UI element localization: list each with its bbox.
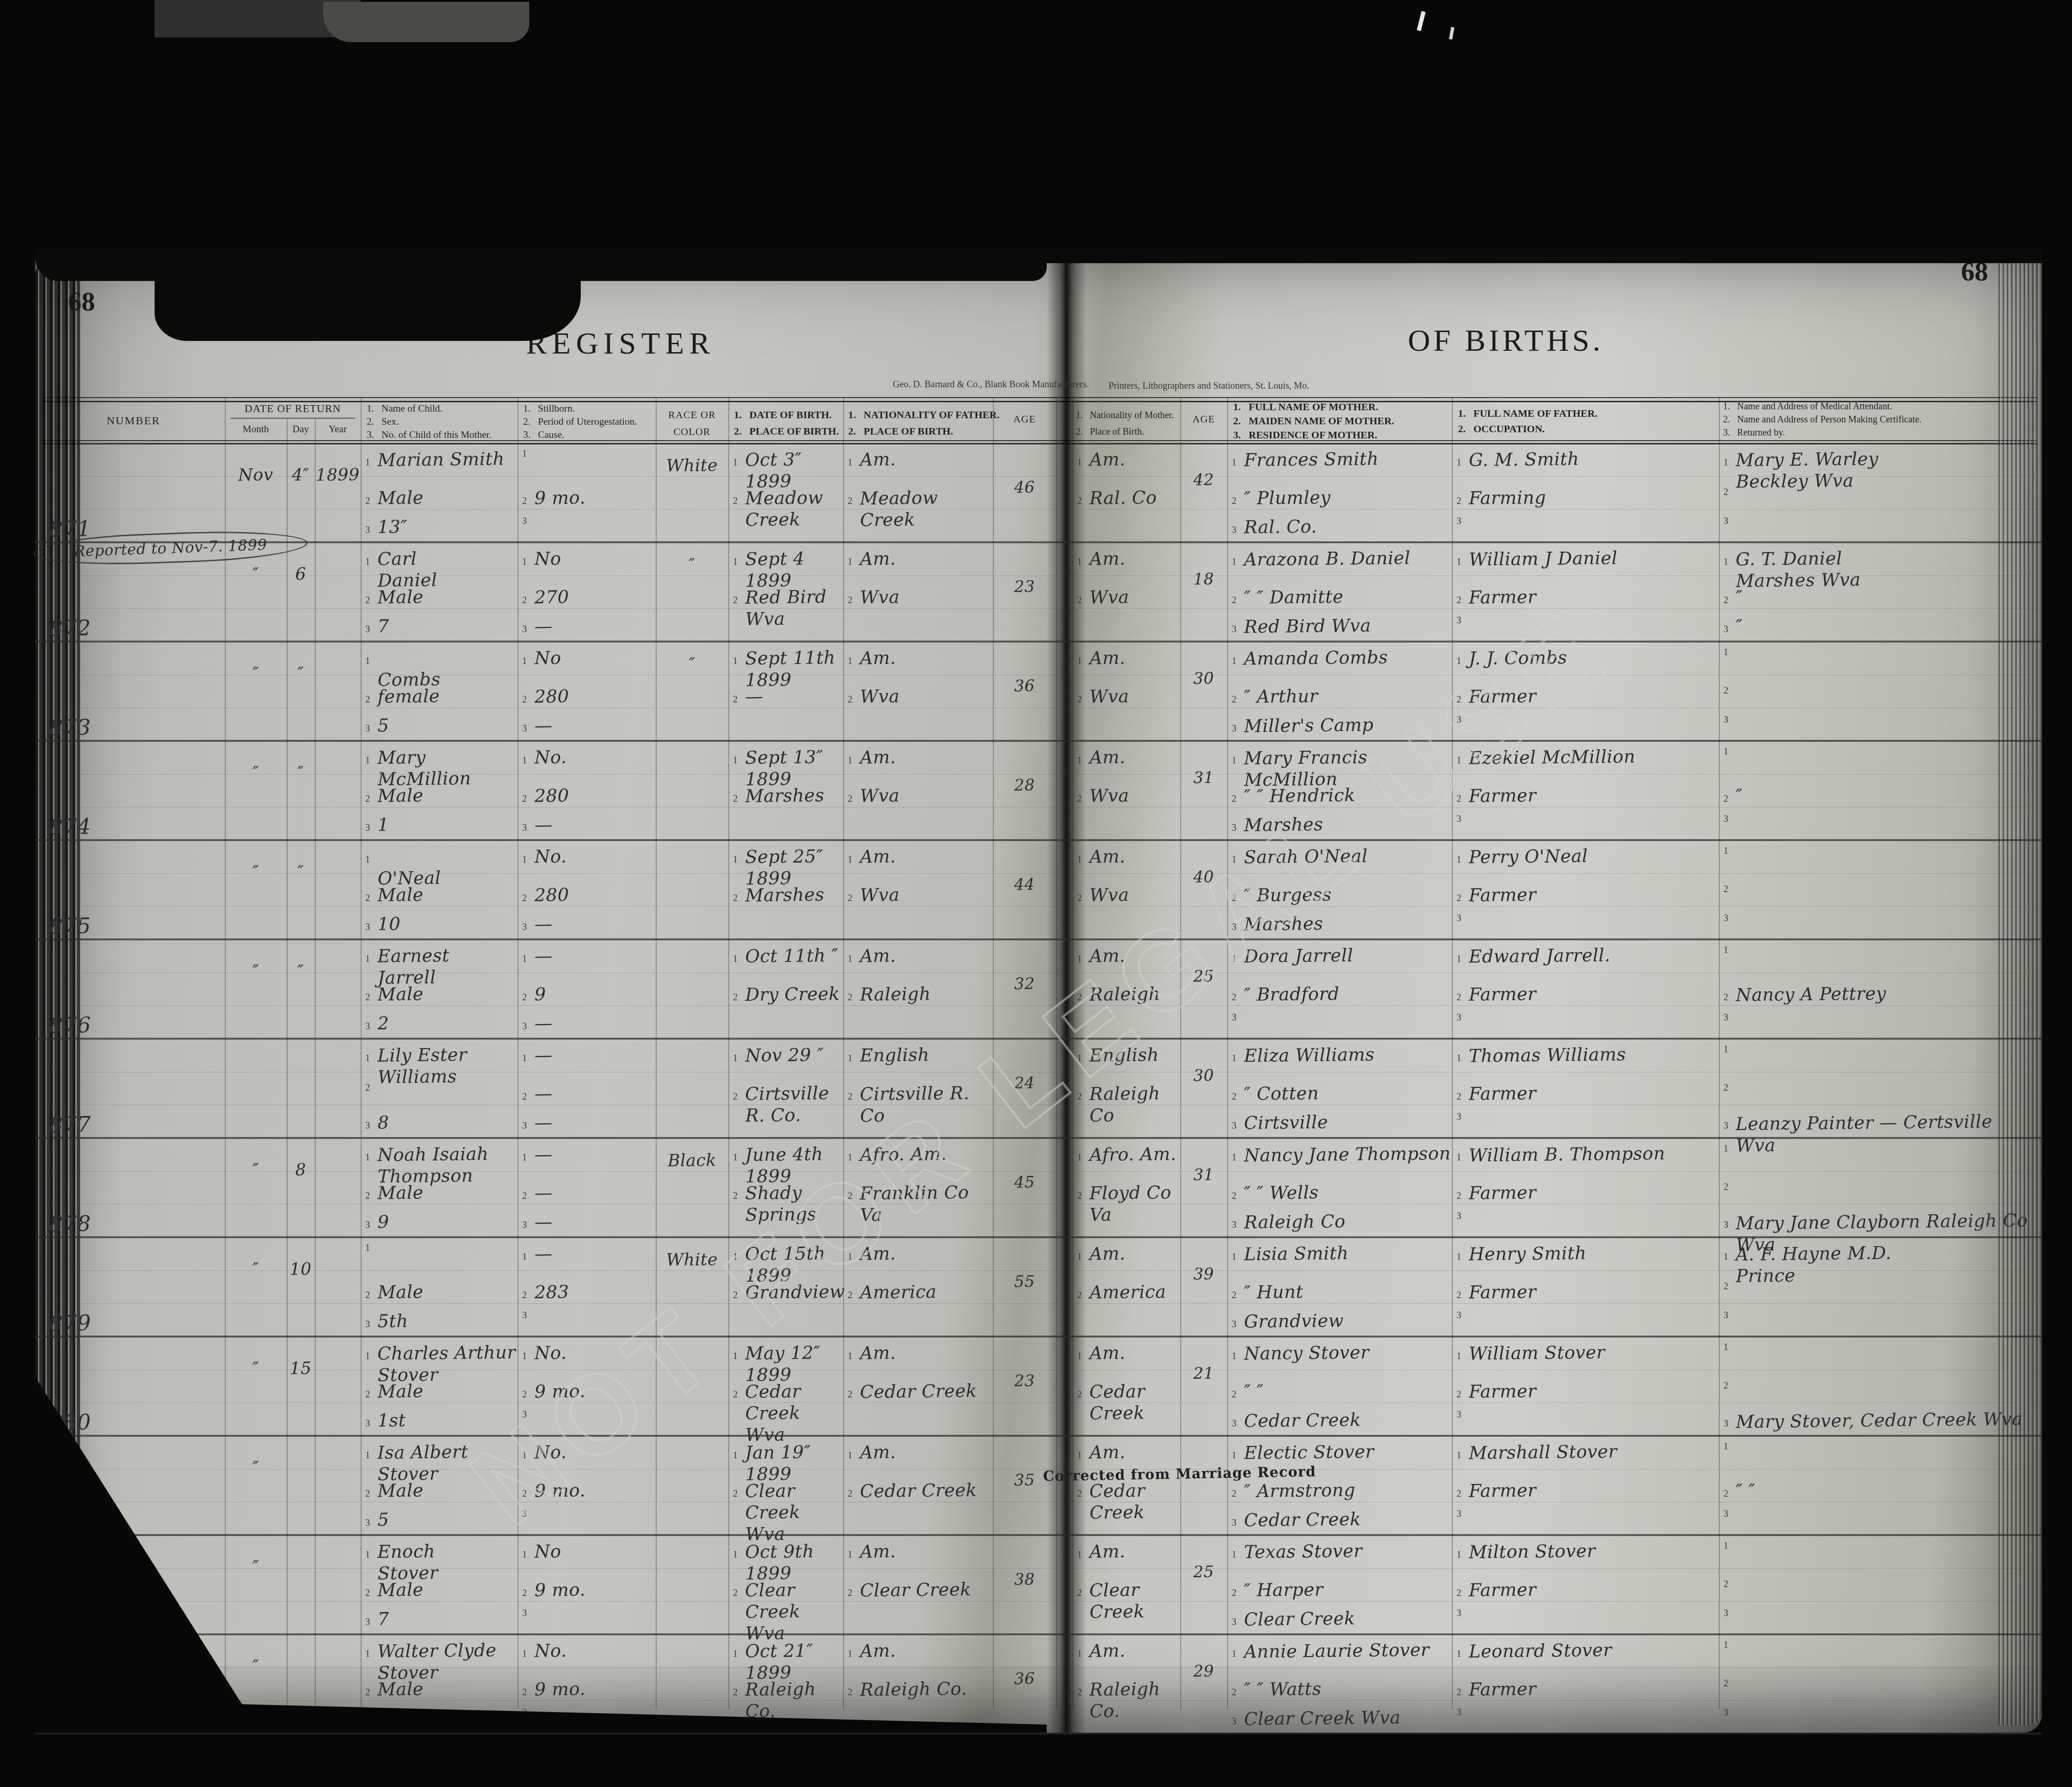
mother-age: 42 (1180, 469, 1227, 491)
father-nationality-line: 1Am. (848, 548, 992, 569)
mother-name-line: 1Texas Stover (1232, 1541, 1451, 1562)
printed-numeral: 2 (365, 1191, 370, 1202)
printed-numeral: 1 (522, 557, 527, 568)
printed-numeral: 2 (1724, 794, 1728, 805)
race-or-color (656, 1050, 728, 1051)
father-occupation-line: 2Farmer (1457, 586, 1718, 608)
father-birthplace: Wva (860, 586, 900, 608)
cell-father-nationality: 1Am. 2Clear Creek (843, 1536, 993, 1633)
stillborn-value: — (534, 1044, 553, 1066)
return-month: ″ (225, 762, 287, 784)
father-birthplace-line: 2Wva (848, 586, 992, 608)
header-line: 2. MAIDEN NAME OF MOTHER. (1233, 414, 1394, 428)
header-line: 1. Name of Child. (367, 402, 492, 415)
header-line: 1. FULL NAME OF FATHER. (1458, 406, 1598, 421)
cell-father-nationality: 1English 2Cirtsville R. Co (843, 1040, 993, 1137)
father-name: Ezekiel McMillion (1469, 746, 1635, 769)
return-month: ″ (225, 960, 287, 982)
printed-numeral: 2 (1724, 1579, 1728, 1590)
return-month: ″ (225, 1159, 287, 1181)
father-name: Thomas Williams (1469, 1043, 1626, 1067)
printed-numeral: 2 (1457, 1092, 1461, 1102)
child-order-line: 31st (365, 1410, 517, 1431)
header-line: 1. Stillborn. (523, 402, 637, 415)
cause-value: — (534, 1112, 553, 1133)
printed-numeral: 1 (1232, 656, 1236, 667)
mother-age: 39 (1180, 1263, 1227, 1285)
mother-birthplace-line: 2Raleigh Co (1077, 1083, 1179, 1126)
cell-father: 1Leonard Stover 2Farmer 3 (1452, 1635, 1719, 1733)
printed-numeral: 2 (1077, 992, 1082, 1003)
attendant-line: 1 (1724, 1144, 2028, 1154)
record-number: 871 (49, 518, 91, 540)
mother-birthplace: Floyd Co Va (1089, 1181, 1180, 1226)
printed-numeral: 2 (1077, 595, 1082, 606)
race-or-color: White (656, 1249, 728, 1271)
certificate-maker: Nancy A Pettrey (1736, 982, 1887, 1005)
printed-numeral: 2 (1077, 1687, 1082, 1698)
return-day: 4″ (287, 465, 315, 487)
printed-numeral: 2 (848, 1389, 852, 1400)
child-sex-line: 2Male (365, 1678, 517, 1700)
printed-numeral: 2 (365, 595, 370, 606)
column-header-day: Day (287, 423, 315, 435)
printed-numeral: 2 (365, 893, 370, 904)
printed-numeral: 3 (365, 1518, 370, 1529)
father-name-line: 1Leonard Stover (1457, 1640, 1718, 1661)
mother-maiden-line: 2″ ″ Damitte (1232, 586, 1451, 608)
uterogestation-value: 9 mo. (534, 487, 586, 509)
printed-numeral: 3 (1232, 1319, 1236, 1330)
child-name: Combs (377, 647, 441, 690)
ledger-spread: 68 68 REGISTER OF BIRTHS. Geo. D. Barnar… (35, 248, 2042, 1733)
mother-birthplace-line: 2Wva (1077, 884, 1179, 906)
register-row: 875 ″ ″ 44 40 1 O'Neal 2Male 310 1No. 22… (35, 841, 2042, 940)
cause-value: — (534, 1012, 553, 1034)
mother-age: 25 (1180, 1561, 1227, 1583)
cell-mother-nationality: 1Afro. Am. 2Floyd Co Va (1073, 1139, 1180, 1236)
father-nationality: Am. (860, 1342, 896, 1364)
father-blank-line: 3 (1457, 1310, 1718, 1321)
return-year: 1899 (315, 464, 361, 486)
cell-stillborn: 1 29 mo. 3 (518, 444, 656, 541)
certifier-line: 2″ ″ (1724, 1480, 2028, 1501)
printed-numeral: 2 (1457, 1290, 1461, 1301)
cell-stillborn: 1No. 2280 3— (518, 742, 656, 839)
father-blank-line: 3 (1457, 1509, 1718, 1520)
father-nationality: English (860, 1044, 930, 1066)
father-birthplace: Cedar Creek (860, 1380, 977, 1403)
stillborn-value: No. (534, 846, 567, 868)
printed-numeral: 2 (1724, 1381, 1728, 1391)
cause-line: 3— (522, 913, 655, 935)
printed-numeral: 1 (1457, 656, 1461, 667)
printed-numeral: 1 (1724, 1541, 1728, 1551)
race-or-color (656, 753, 728, 753)
printed-numeral: 2 (733, 694, 738, 705)
father-occupation: Farmer (1469, 784, 1537, 807)
printed-numeral: 2 (522, 893, 527, 904)
printed-numeral: 2 (365, 1687, 370, 1698)
father-name: Leonard Stover (1469, 1639, 1612, 1662)
mother-name-line: 1Eliza Williams (1232, 1044, 1451, 1066)
mother-residence: Marshes (1244, 913, 1324, 935)
printed-numeral: 2 (1077, 694, 1082, 705)
child-name-line: 1Carl Daniel (365, 548, 517, 591)
printed-numeral: 2 (1077, 893, 1082, 904)
child-sex-line: 2Male (365, 1579, 517, 1601)
printed-numeral: 3 (365, 1220, 370, 1231)
printed-numeral: 2 (1232, 1191, 1236, 1202)
printed-numeral: 2 (1724, 992, 1728, 1003)
stillborn-line: 1— (522, 1144, 655, 1165)
header-line: 1. Name and Address of Medical Attendant… (1723, 400, 1922, 413)
father-blank-line: 3 (1457, 913, 1718, 924)
printed-numeral: 3 (1232, 1716, 1236, 1727)
father-birthplace: Clear Creek (860, 1579, 971, 1601)
stillborn-value: No (534, 647, 562, 669)
uterogestation-line: 2283 (522, 1281, 655, 1303)
cell-birth: 1Nov 29 ″ 2Cirtsville R. Co. (728, 1040, 843, 1137)
returned-by-line: 3 (1724, 715, 2028, 725)
printed-numeral: 2 (1232, 1588, 1236, 1599)
mother-birthplace: Wva (1089, 686, 1129, 708)
printed-numeral: 2 (1232, 496, 1236, 507)
father-birthplace: Franklin Co Va (860, 1181, 992, 1226)
father-occupation-line: 2Farmer (1457, 1579, 1718, 1601)
printed-numeral: 1 (1077, 1252, 1082, 1263)
record-number: 872 (49, 617, 91, 639)
mother-birthplace: Wva (1089, 884, 1129, 906)
mother-maiden-name: ″ Bradford (1244, 983, 1339, 1005)
printed-numeral: 3 (1232, 724, 1236, 734)
printed-numeral: 1 (1724, 746, 1728, 757)
printed-numeral: 3 (1457, 615, 1461, 626)
stillborn-line: 1No. (522, 846, 655, 867)
father-birthplace: Meadow Creek (860, 487, 992, 531)
printed-numeral: 3 (522, 1220, 527, 1231)
mother-maiden-line: 2″ ″ Watts (1232, 1678, 1451, 1700)
father-name-line: 1William Stover (1457, 1342, 1718, 1364)
printed-numeral: 3 (365, 1418, 370, 1429)
printed-numeral: 3 (522, 1410, 527, 1420)
printed-numeral: 2 (733, 1588, 738, 1599)
cell-mother-nationality: 1Am. 2Clear Creek (1073, 1536, 1180, 1633)
cell-father-nationality: 1Am. 2Raleigh Co. (843, 1635, 993, 1733)
cell-child: 1Lily Ester Williams 2 38 (361, 1040, 518, 1137)
certifier-line: 2 (1724, 1281, 2028, 1292)
printed-numeral: 1 (522, 1053, 527, 1064)
birth-date: Oct 11th ″ (745, 945, 839, 967)
stillborn-line: 1— (522, 1243, 655, 1264)
birth-place: Marshes (745, 784, 825, 807)
mother-maiden-name: ″ ″ (1244, 1381, 1264, 1402)
cell-father: 1Edward Jarrell. 2Farmer 3 (1452, 940, 1719, 1038)
attendant-line: 1 (1724, 1044, 2028, 1055)
father-name: William Stover (1469, 1341, 1606, 1364)
printed-numeral: 1 (1724, 458, 1728, 468)
printed-numeral: 2 (1457, 694, 1461, 705)
printed-numeral: 1 (733, 855, 738, 865)
child-name: Marian Smith (377, 448, 505, 471)
printed-numeral: 1 (1232, 1053, 1236, 1064)
child-order: 13″ (377, 516, 408, 538)
record-number: 876 (49, 1014, 91, 1036)
return-month: Nov (225, 464, 287, 486)
mother-name: Amanda Combs (1244, 646, 1388, 669)
mother-nationality: Am. (1089, 945, 1126, 967)
printed-numeral: 1 (1077, 1152, 1082, 1163)
printer-imprint-right: Printers, Lithographers and Stationers, … (1109, 381, 1554, 391)
cause-line: 3— (522, 1211, 655, 1233)
printed-numeral: 1 (522, 1649, 527, 1660)
mother-maiden-name: ″ ″ Watts (1244, 1678, 1322, 1700)
father-name-line: 1G. M. Smith (1457, 449, 1718, 470)
printed-numeral: 2 (848, 992, 852, 1003)
father-birthplace-line: 2Meadow Creek (848, 487, 992, 530)
printed-numeral: 3 (365, 1617, 370, 1628)
child-sex: Male (377, 1678, 424, 1700)
returned-by-line: 3 (1724, 1310, 2028, 1321)
printed-numeral: 1 (522, 954, 527, 965)
father-birthplace-line: 2America (848, 1281, 992, 1303)
printed-numeral: 2 (522, 992, 527, 1003)
father-occupation-line: 2Farming (1457, 487, 1718, 509)
child-sex-line: 2Male (365, 586, 517, 608)
birth-place: Clear Creek Wva (745, 1579, 842, 1644)
stillborn-value: No (534, 1541, 562, 1563)
mother-residence: Grandview (1244, 1310, 1344, 1332)
printed-numeral: 1 (1232, 557, 1236, 568)
father-birthplace-line: 2Wva (848, 686, 992, 707)
father-occupation-line: 2Farmer (1457, 1182, 1718, 1204)
birth-place: Marshes (745, 884, 825, 906)
printed-numeral: 2 (522, 694, 527, 705)
father-occupation: Farmer (1469, 1579, 1537, 1601)
birth-date-line: 1Nov 29 ″ (733, 1044, 842, 1066)
cell-mother: 1Dora Jarrell 2″ Bradford 3 (1227, 940, 1452, 1038)
birth-place-line: 2Red Bird Wva (733, 586, 842, 629)
printed-numeral: 1 (1457, 855, 1461, 865)
printed-numeral: 1 (1457, 1152, 1461, 1163)
uterogestation-line: 29 mo. (522, 1678, 655, 1700)
child-order: 5 (377, 1509, 389, 1530)
printed-numeral: 1 (522, 855, 527, 865)
child-name-line: 1Marian Smith (365, 449, 517, 470)
mother-birthplace-line: 2Wva (1077, 785, 1179, 806)
printed-numeral: 1 (1232, 1152, 1236, 1163)
mother-birthplace-line: 2Cedar Creek (1077, 1381, 1179, 1424)
cell-father: 1Perry O'Neal 2Farmer 3 (1452, 841, 1719, 938)
printed-numeral: 1 (1724, 945, 1728, 956)
printed-numeral: 3 (1724, 1418, 1728, 1429)
child-order: 1 (377, 814, 389, 835)
father-nationality: Afro. Am. (860, 1143, 947, 1166)
return-day: 6 (287, 564, 315, 586)
return-day: ″ (287, 862, 315, 884)
birth-place-line: 2Clear Creek Wva (733, 1579, 842, 1644)
uterogestation-line: 29 mo. (522, 487, 655, 509)
printed-numeral: 3 (1232, 922, 1236, 933)
cell-stillborn: 1— 2283 3 (518, 1238, 656, 1336)
birth-place-line: 2Grandview (733, 1281, 842, 1303)
printed-numeral: 3 (522, 516, 527, 527)
printed-numeral: 2 (1724, 595, 1728, 606)
cell-stillborn: 1No. 29 mo. 3 (518, 1337, 656, 1435)
child-sex: Male (377, 784, 424, 806)
printed-numeral: 3 (365, 922, 370, 933)
child-sex: Male (377, 1479, 424, 1501)
father-occupation-line: 2Farmer (1457, 1480, 1718, 1501)
printed-numeral: 1 (1077, 1351, 1082, 1362)
stillborn-line: 1— (522, 1044, 655, 1066)
printed-numeral: 1 (365, 855, 370, 865)
printed-numeral: 1 (848, 1649, 852, 1660)
mother-name-line: 1Sarah O'Neal (1232, 846, 1451, 867)
attendant-line: 1 (1724, 1342, 2028, 1353)
birth-date: May 12″ 1899 (745, 1342, 843, 1386)
printed-numeral: 1 (733, 458, 738, 468)
mother-age: 18 (1180, 568, 1227, 590)
father-name-line: 1Edward Jarrell. (1457, 945, 1718, 967)
father-name-line: 1Ezekiel McMillion (1457, 746, 1718, 768)
stillborn-line: 1No (522, 647, 655, 669)
printed-numeral: 1 (1232, 1450, 1236, 1461)
mother-name: Nancy Jane Thompson (1244, 1143, 1451, 1167)
printed-numeral: 3 (1232, 823, 1236, 834)
printed-numeral: 2 (1232, 1389, 1236, 1400)
mother-birthplace: Cedar Creek (1089, 1479, 1180, 1523)
printed-numeral: 3 (1457, 1509, 1461, 1520)
father-blank-line: 3 (1457, 715, 1718, 725)
birth-place: Clear Creek Wva (745, 1479, 842, 1545)
printed-numeral: 3 (522, 1121, 527, 1131)
mother-residence: Cedar Creek (1244, 1409, 1361, 1432)
stillborn-value: No (534, 548, 562, 570)
printed-numeral: 2 (848, 1191, 852, 1202)
header-line: 2. Sex. (367, 415, 492, 428)
printed-numeral: 3 (1457, 1211, 1461, 1222)
father-birthplace-line: 2Cirtsville R. Co (848, 1083, 992, 1126)
scan-speck (1449, 27, 1454, 40)
column-header-mother-nationality: 1. Nationality of Mother. 2. Place of Bi… (1076, 407, 1174, 440)
child-order: 7 (377, 615, 389, 637)
mother-residence: Clear Creek Wva (1244, 1706, 1401, 1730)
cell-birth: 1May 12″ 1899 2Cedar Creek Wva (728, 1337, 843, 1435)
race-or-color (656, 852, 728, 853)
cell-mother-nationality: 1Am. 2Cedar Creek (1073, 1437, 1180, 1534)
father-blank-line: 3 (1457, 516, 1718, 527)
printed-numeral: 1 (848, 855, 852, 865)
return-day: 8 (287, 1159, 315, 1181)
cell-attendant: 1 2 3Leanzy Painter — Certsville Wva (1719, 1040, 2029, 1137)
page-top-shadow (35, 248, 1047, 281)
cell-attendant: 1 2″ 3 (1719, 742, 2029, 839)
printed-numeral: 3 (1457, 913, 1461, 924)
uterogestation-value: 9 (534, 983, 546, 1005)
printed-numeral: 3 (1232, 624, 1236, 635)
printed-numeral: 2 (1077, 1191, 1082, 1202)
child-name-line: 1Isa Albert Stover (365, 1441, 517, 1484)
printed-numeral: 1 (522, 1152, 527, 1163)
attendant-line: 1 (1724, 1640, 2028, 1651)
printed-numeral: 3 (1724, 1707, 1728, 1718)
mother-maiden-line: 2″ Harper (1232, 1579, 1451, 1601)
mother-birthplace: Raleigh Co (1089, 1082, 1180, 1126)
uterogestation-line: 2270 (522, 586, 655, 608)
mother-nationality: English (1089, 1044, 1159, 1066)
race-or-color (656, 951, 728, 952)
printed-numeral: 1 (522, 755, 527, 766)
printed-numeral: 3 (1724, 715, 1728, 725)
return-month: ″ (225, 1358, 287, 1380)
child-name-line: 1Noah Isaiah Thompson (365, 1144, 517, 1187)
child-order-line: 37 (365, 615, 517, 637)
printed-numeral: 2 (733, 794, 738, 805)
child-sex: Male (377, 884, 424, 906)
column-header-attendant: 1. Name and Address of Medical Attendant… (1723, 400, 1922, 439)
father-name: J. J. Combs (1469, 647, 1568, 669)
father-occupation: Farmer (1469, 685, 1537, 708)
header-line: 1. DATE OF BIRTH. (734, 406, 839, 423)
printed-numeral: 1 (1232, 1351, 1236, 1362)
printed-numeral: 2 (848, 1687, 852, 1698)
record-number: 879 (49, 1312, 91, 1334)
birth-date: Sept 11th 1899 (745, 647, 843, 691)
mother-maiden-name: ″ ″ Hendrick (1244, 784, 1355, 807)
printed-numeral: 1 (1724, 846, 1728, 857)
child-name: Charles Arthur Stover (377, 1341, 517, 1386)
father-occupation-line: 2Farmer (1457, 1381, 1718, 1402)
printed-numeral: 1 (1457, 954, 1461, 965)
printed-numeral: 1 (733, 755, 738, 766)
child-name-line: 1Charles Arthur Stover (365, 1342, 517, 1385)
child-sex-line: 2 (365, 1083, 517, 1093)
father-birthplace: Cedar Creek (860, 1479, 977, 1502)
mother-birthplace-line: 2Clear Creek (1077, 1579, 1179, 1622)
father-name-line: 1Henry Smith (1457, 1243, 1718, 1264)
uterogestation-line: 2— (522, 1182, 655, 1204)
mother-name: Annie Laurie Stover (1244, 1639, 1430, 1662)
child-sex: Male (377, 586, 424, 608)
printed-numeral: 1 (848, 656, 852, 667)
mother-name-line: 1Nancy Jane Thompson (1232, 1144, 1451, 1165)
printed-numeral: 1 (1457, 458, 1461, 468)
printed-numeral: 1 (1724, 557, 1728, 568)
printed-numeral: 2 (365, 794, 370, 805)
mother-maiden-name: ″ Armstrong (1244, 1479, 1356, 1502)
child-name-line: 1 O'Neal (365, 846, 517, 889)
cell-child: 1 2Male 35th (361, 1238, 518, 1336)
child-name: Walter Clyde Stover (377, 1639, 497, 1684)
birth-place: Meadow Creek (745, 487, 843, 531)
cell-mother: 1Nancy Stover 2″ ″ 3Cedar Creek (1227, 1337, 1452, 1435)
printed-numeral: 1 (1724, 1441, 1728, 1452)
uterogestation-line: 29 mo. (522, 1579, 655, 1601)
cause-line: 3— (522, 814, 655, 835)
return-year (315, 1258, 361, 1259)
header-line: 2. Name and Address of Person Making Cer… (1723, 413, 1922, 426)
printed-numeral: 3 (522, 724, 527, 734)
printed-numeral: 1 (1077, 1053, 1082, 1064)
returned-by-line: 3Mary Stover, Cedar Creek Wva (1724, 1410, 2028, 1431)
printed-numeral: 2 (848, 1290, 852, 1301)
child-sex-line: 2Male (365, 1281, 517, 1303)
cell-birth: 1Oct 15th 1899 2Grandview (728, 1238, 843, 1336)
return-month: ″ (225, 563, 287, 585)
return-month (225, 1060, 287, 1060)
printed-numeral: 3 (365, 724, 370, 734)
